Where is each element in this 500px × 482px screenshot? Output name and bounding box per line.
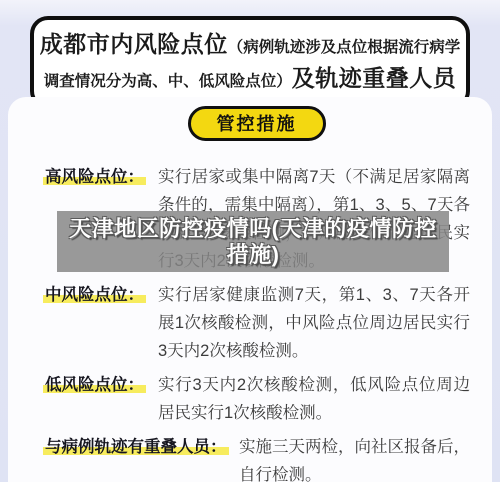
row-mid-risk: 中风险点位： 实行居家健康监测7天，第1、3、7天各开展1次核酸检测，中风险点位…: [43, 281, 470, 365]
header-title-main: 成都市内风险点位: [40, 31, 228, 57]
row-low-risk-label: 低风险点位：: [43, 371, 158, 427]
row-mid-risk-label: 中风险点位：: [43, 281, 158, 365]
row-overlap-person-label: 与病例轨迹有重叠人员：: [43, 433, 239, 482]
header-title-note-2: 调查情况分为高、中、低风险点位）: [44, 73, 292, 90]
row-mid-risk-text: 实行居家健康监测7天，第1、3、7天各开展1次核酸检测，中风险点位周边居民实行3…: [158, 281, 470, 365]
header-banner: 成都市内风险点位（病例轨迹涉及点位根据流行病学 调查情况分为高、中、低风险点位）…: [30, 16, 470, 109]
watermark-line-2: 措施): [227, 242, 280, 268]
measures-card: 管控措施 高风险点位： 实行居家或集中隔离7天（不满足居家隔离条件的，需集中隔离…: [8, 97, 492, 482]
header-line-1: 成都市内风险点位（病例轨迹涉及点位根据流行病学: [38, 29, 462, 63]
row-overlap-person-text: 实施三天两检，向社区报备后，自行检测。: [239, 433, 470, 482]
watermark-overlay: 天津地区防控疫情吗(天津的疫情防控 措施): [57, 211, 449, 272]
header-title-note-1: （病例轨迹涉及点位根据流行病学: [228, 39, 461, 56]
measures-pill: 管控措施: [188, 106, 326, 141]
watermark-line-1: 天津地区防控疫情吗(天津的疫情防控: [69, 216, 437, 242]
row-overlap-person: 与病例轨迹有重叠人员： 实施三天两检，向社区报备后，自行检测。: [43, 433, 470, 482]
row-low-risk-text: 实行3天内2次核酸检测，低风险点位周边居民实行1次核酸检测。: [158, 371, 470, 427]
header-line-2: 调查情况分为高、中、低风险点位）及轨迹重叠人员: [38, 63, 462, 97]
row-low-risk: 低风险点位： 实行3天内2次核酸检测，低风险点位周边居民实行1次核酸检测。: [43, 371, 470, 427]
header-title-suffix: 及轨迹重叠人员: [292, 65, 457, 91]
